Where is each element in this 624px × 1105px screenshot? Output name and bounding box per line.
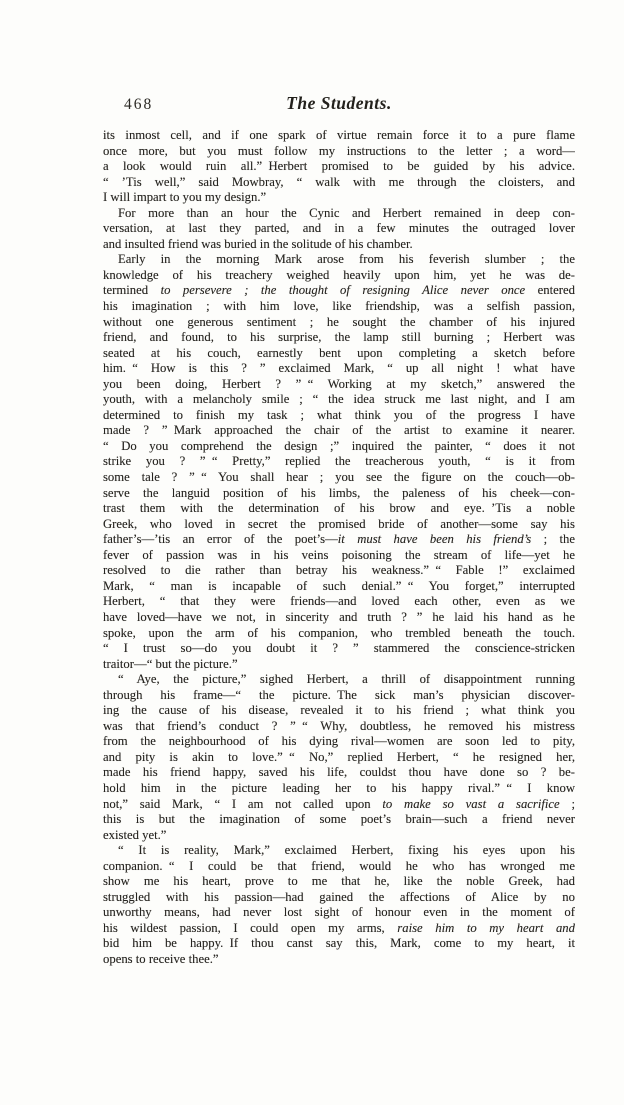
text-segment: and pity is akin to love.” “ No,” replie… bbox=[103, 750, 575, 764]
text-line: have loved—have we not, in sincerity and… bbox=[103, 610, 575, 626]
text-segment: “ Do you comprehend the design ;” inquir… bbox=[103, 439, 575, 453]
text-segment: from the neighbourhood of his dying riva… bbox=[103, 734, 575, 748]
text-segment: not,” said Mark, “ I am not called upon bbox=[103, 797, 382, 811]
text-line: I will impart to you my design.” bbox=[103, 190, 575, 206]
text-segment: Mark, “ man is incapable of such denial.… bbox=[103, 579, 575, 593]
text-line: Mark, “ man is incapable of such denial.… bbox=[103, 579, 575, 595]
text-segment: “ I trust so—do you doubt it ? ” stammer… bbox=[103, 641, 575, 655]
text-line: this is but the imagination of some poet… bbox=[103, 812, 575, 828]
text-line: determined to finish my task ; what thin… bbox=[103, 408, 575, 424]
text-segment: his imagination ; with him love, like fr… bbox=[103, 299, 575, 313]
text-segment: “ Aye, the picture,” sighed Herbert, a t… bbox=[118, 672, 575, 686]
text-segment: resolved to die rather than betray his w… bbox=[103, 563, 575, 577]
text-line: was that friend’s conduct ? ” “ Why, dou… bbox=[103, 719, 575, 735]
text-segment: have loved—have we not, in sincerity and… bbox=[103, 610, 575, 624]
text-line: made his friend happy, saved his life, c… bbox=[103, 765, 575, 781]
text-line: trast them with the determination of his… bbox=[103, 501, 575, 517]
text-line: strike you ? ” “ Pretty,” replied the tr… bbox=[103, 454, 575, 470]
text-line: “ It is reality, Mark,” exclaimed Herber… bbox=[103, 843, 575, 859]
text-segment: it must have been his friend’s bbox=[338, 532, 531, 546]
text-line: “ Aye, the picture,” sighed Herbert, a t… bbox=[103, 672, 575, 688]
text-segment: companion. “ I could be that friend, wou… bbox=[103, 859, 575, 873]
text-line: father’s—’tis an error of the poet’s—it … bbox=[103, 532, 575, 548]
text-line: bid him be happy. If thou canst say this… bbox=[103, 936, 575, 952]
text-line: spoke, upon the arm of his companion, wh… bbox=[103, 626, 575, 642]
text-segment: once more, but you must follow my instru… bbox=[103, 144, 575, 158]
text-line: not,” said Mark, “ I am not called upon … bbox=[103, 797, 575, 813]
text-segment: was that friend’s conduct ? ” “ Why, dou… bbox=[103, 719, 575, 733]
text-segment: ; bbox=[560, 797, 575, 811]
text-line: you been doing, Herbert ? ” “ Working at… bbox=[103, 377, 575, 393]
text-line: from the neighbourhood of his dying riva… bbox=[103, 734, 575, 750]
text-segment: traitor—“ but the picture.” bbox=[103, 657, 238, 671]
text-segment: Herbert, “ that they were friends—and lo… bbox=[103, 594, 575, 608]
text-line: For more than an hour the Cynic and Herb… bbox=[103, 206, 575, 222]
text-segment: its inmost cell, and if one spark of vir… bbox=[103, 128, 575, 142]
running-title: The Students. bbox=[103, 93, 575, 114]
text-segment: his wildest passion, I could open my arm… bbox=[103, 921, 397, 935]
text-segment: and insulted friend was buried in the so… bbox=[103, 237, 413, 251]
text-segment: unworthy means, had never lost sight of … bbox=[103, 905, 575, 919]
text-segment: ; the bbox=[531, 532, 575, 546]
paragraph: Early in the morning Mark arose from his… bbox=[103, 252, 575, 672]
text-line: serve the languid position of his limbs,… bbox=[103, 486, 575, 502]
text-line: his imagination ; with him love, like fr… bbox=[103, 299, 575, 315]
body-text: its inmost cell, and if one spark of vir… bbox=[103, 128, 575, 968]
text-segment: without one generous sentiment ; he soug… bbox=[103, 315, 575, 329]
text-segment: serve the languid position of his limbs,… bbox=[103, 486, 575, 500]
text-segment: youth, with a melancholy smile ; “ the i… bbox=[103, 392, 575, 406]
text-line: companion. “ I could be that friend, wou… bbox=[103, 859, 575, 875]
text-line: opens to receive thee.” bbox=[103, 952, 575, 968]
text-line: termined to persevere ; the thought of r… bbox=[103, 283, 575, 299]
text-segment: struggled with his passion—had gained th… bbox=[103, 890, 575, 904]
text-segment: to make so vast a sacrifice bbox=[382, 797, 559, 811]
text-line: his wildest passion, I could open my arm… bbox=[103, 921, 575, 937]
text-line: hold him in the picture leading her to h… bbox=[103, 781, 575, 797]
text-segment: Early in the morning Mark arose from his… bbox=[118, 252, 575, 266]
paragraph: “ Aye, the picture,” sighed Herbert, a t… bbox=[103, 672, 575, 843]
text-segment: versation, at last they parted, and in a… bbox=[103, 221, 575, 235]
text-segment: termined bbox=[103, 283, 161, 297]
text-segment: made his friend happy, saved his life, c… bbox=[103, 765, 575, 779]
text-line: Early in the morning Mark arose from his… bbox=[103, 252, 575, 268]
text-segment: through his frame—“ the picture. The sic… bbox=[103, 688, 575, 702]
text-line: him. “ How is this ? ” exclaimed Mark, “… bbox=[103, 361, 575, 377]
text-segment: bid him be happy. If thou canst say this… bbox=[103, 936, 575, 950]
text-line: “ Do you comprehend the design ;” inquir… bbox=[103, 439, 575, 455]
text-line: its inmost cell, and if one spark of vir… bbox=[103, 128, 575, 144]
text-line: show me his heart, prove to me that he, … bbox=[103, 874, 575, 890]
text-segment: existed yet.” bbox=[103, 828, 166, 842]
paragraph: For more than an hour the Cynic and Herb… bbox=[103, 206, 575, 253]
text-segment: him. “ How is this ? ” exclaimed Mark, “… bbox=[103, 361, 575, 375]
text-segment: this is but the imagination of some poet… bbox=[103, 812, 575, 826]
text-line: resolved to die rather than betray his w… bbox=[103, 563, 575, 579]
text-segment: For more than an hour the Cynic and Herb… bbox=[118, 206, 575, 220]
text-line: “ I trust so—do you doubt it ? ” stammer… bbox=[103, 641, 575, 657]
text-line: friend, and found, to his surprise, the … bbox=[103, 330, 575, 346]
text-segment: entered bbox=[525, 283, 575, 297]
text-segment: some tale ? ” “ You shall hear ; you see… bbox=[103, 470, 575, 484]
text-line: fever of passion was in his veins poison… bbox=[103, 548, 575, 564]
text-segment: a look would ruin all.” Herbert promised… bbox=[103, 159, 575, 173]
text-line: ing the cause of his disease, revealed i… bbox=[103, 703, 575, 719]
text-line: and insulted friend was buried in the so… bbox=[103, 237, 575, 253]
text-segment: hold him in the picture leading her to h… bbox=[103, 781, 575, 795]
text-line: and pity is akin to love.” “ No,” replie… bbox=[103, 750, 575, 766]
text-segment: I will impart to you my design.” bbox=[103, 190, 266, 204]
text-line: “ ’Tis well,” said Mowbray, “ walk with … bbox=[103, 175, 575, 191]
text-line: traitor—“ but the picture.” bbox=[103, 657, 575, 673]
text-line: made ? ” Mark approached the chair of th… bbox=[103, 423, 575, 439]
text-line: without one generous sentiment ; he soug… bbox=[103, 315, 575, 331]
text-segment: seated at his couch, earnestly bent upon… bbox=[103, 346, 575, 360]
page-header: 468 The Students. bbox=[103, 93, 575, 117]
text-line: some tale ? ” “ You shall hear ; you see… bbox=[103, 470, 575, 486]
text-segment: to persevere ; the thought of resigning … bbox=[161, 283, 526, 297]
text-line: Herbert, “ that they were friends—and lo… bbox=[103, 594, 575, 610]
text-line: a look would ruin all.” Herbert promised… bbox=[103, 159, 575, 175]
text-line: versation, at last they parted, and in a… bbox=[103, 221, 575, 237]
text-segment: “ It is reality, Mark,” exclaimed Herber… bbox=[118, 843, 575, 857]
text-segment: you been doing, Herbert ? ” “ Working at… bbox=[103, 377, 575, 391]
text-line: knowledge of his treachery weighed heavi… bbox=[103, 268, 575, 284]
text-segment: determined to finish my task ; what thin… bbox=[103, 408, 575, 422]
text-segment: show me his heart, prove to me that he, … bbox=[103, 874, 575, 888]
text-segment: knowledge of his treachery weighed heavi… bbox=[103, 268, 575, 282]
text-segment: spoke, upon the arm of his companion, wh… bbox=[103, 626, 575, 640]
text-line: unworthy means, had never lost sight of … bbox=[103, 905, 575, 921]
text-segment: “ ’Tis well,” said Mowbray, “ walk with … bbox=[103, 175, 575, 189]
text-line: seated at his couch, earnestly bent upon… bbox=[103, 346, 575, 362]
text-segment: ing the cause of his disease, revealed i… bbox=[103, 703, 575, 717]
text-line: once more, but you must follow my instru… bbox=[103, 144, 575, 160]
text-segment: raise him to my heart and bbox=[397, 921, 575, 935]
text-line: through his frame—“ the picture. The sic… bbox=[103, 688, 575, 704]
text-segment: friend, and found, to his surprise, the … bbox=[103, 330, 575, 344]
text-line: Greek, who loved in secret the promised … bbox=[103, 517, 575, 533]
text-segment: Greek, who loved in secret the promised … bbox=[103, 517, 575, 531]
text-line: struggled with his passion—had gained th… bbox=[103, 890, 575, 906]
text-segment: father’s—’tis an error of the poet’s— bbox=[103, 532, 338, 546]
text-segment: fever of passion was in his veins poison… bbox=[103, 548, 575, 562]
paragraph: “ It is reality, Mark,” exclaimed Herber… bbox=[103, 843, 575, 967]
text-segment: trast them with the determination of his… bbox=[103, 501, 575, 515]
paragraph: its inmost cell, and if one spark of vir… bbox=[103, 128, 575, 206]
text-segment: strike you ? ” “ Pretty,” replied the tr… bbox=[103, 454, 575, 468]
book-page: 468 The Students. its inmost cell, and i… bbox=[0, 0, 624, 1105]
text-line: youth, with a melancholy smile ; “ the i… bbox=[103, 392, 575, 408]
text-line: existed yet.” bbox=[103, 828, 575, 844]
text-segment: made ? ” Mark approached the chair of th… bbox=[103, 423, 575, 437]
text-segment: opens to receive thee.” bbox=[103, 952, 219, 966]
